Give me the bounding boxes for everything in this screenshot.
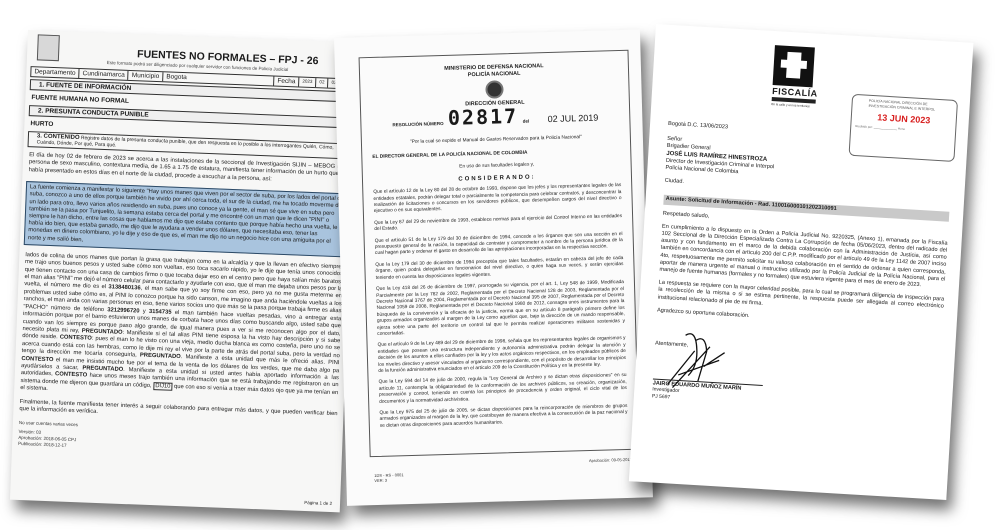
phone-number-1: 3138480136: [108, 285, 140, 292]
considerando-paragraph: Que el artículo 51 de la Ley 179 del 30 …: [375, 232, 623, 258]
departamento-value: Cundinamarca: [79, 69, 129, 80]
fecha-month: 02: [316, 78, 328, 87]
source-code-box: DIJ10: [153, 382, 172, 391]
highlighted-testimony: La fuente comienza a manifestar lo sigui…: [24, 181, 348, 257]
page-number: Página 1 de 2: [304, 500, 332, 506]
police-emblem-icon: [485, 80, 503, 98]
resolution-number: 02817: [448, 104, 519, 130]
letter-content: Bogotá D.C. 13/06/2023 Señor Brigadier G…: [652, 121, 954, 416]
fecha-year: 2023: [299, 77, 316, 87]
document-code: 1DS - RS - 0001 VER: 3: [374, 472, 404, 483]
phone-number-3: 3154735: [149, 309, 172, 316]
coat-of-arms-icon: [37, 34, 60, 61]
considerando-paragraph: Que la Ley 975 del 25 de julio de 2005, …: [379, 404, 627, 430]
approval-date: Aprobación: 09-05-2017: [589, 457, 632, 463]
considerando-paragraph: Que la Ley 179 del 30 de diciembre de 19…: [375, 256, 623, 282]
resolution-purpose: "Por la cual se expide el Manual de Gast…: [362, 134, 630, 148]
signature-block: Atentamente, JAIRO EDUARDO MUÑOZ MARÍN I…: [652, 329, 942, 416]
document-fiscalia-letter: FISCALÍA En la calle y en los territorio…: [629, 24, 974, 500]
document-resolucion: MINISTERIO DE DEFENSA NACIONAL POLICÍA N…: [334, 29, 653, 505]
considerando-paragraph: Que el artículo 9 de la Ley 489 del 29 d…: [378, 336, 627, 375]
departamento-label: Departamento: [31, 67, 80, 78]
testimony-body: lados de colina de unos manes que portan…: [14, 249, 349, 408]
resolution-date: 02 JUL 2019: [548, 113, 599, 124]
document-fuentes-no-formales: FUENTES NO FORMALES – FPJ - 26 Este form…: [10, 30, 358, 512]
phone-number-2: 3212996720: [107, 307, 139, 314]
addressee-block: Señor Brigadier General JOSÉ LUIS RAMÍRE…: [664, 136, 952, 202]
puzzle-icon: [786, 52, 802, 79]
considerando-paragraph: Que la Ley 418 del 26 de diciembre de 19…: [376, 280, 625, 338]
considerando-paragraph: Que la Ley 87 del 29 de noviembre de 199…: [374, 214, 622, 234]
considerando-paragraph: Que la Ley 594 del 14 de julio de 2000, …: [379, 373, 628, 406]
fecha-label: Fecha: [274, 76, 299, 86]
resolution-powers: En uso de sus facultades legales y,: [363, 160, 631, 174]
letter-body-1: En cumplimiento a lo dispuesto en la Ord…: [659, 224, 947, 291]
municipio-label: Municipio: [129, 71, 164, 81]
resolution-frame: MINISTERIO DE DEFENSA NACIONAL POLICÍA N…: [359, 50, 640, 457]
fiscalia-logo: FISCALÍA En la calle y en los territorio…: [771, 45, 819, 109]
considerando-paragraph: Que el artículo 12 de la Ley 80 del 28 d…: [373, 183, 622, 216]
considerando-paragraphs: Que el artículo 12 de la Ley 80 del 28 d…: [363, 183, 638, 430]
